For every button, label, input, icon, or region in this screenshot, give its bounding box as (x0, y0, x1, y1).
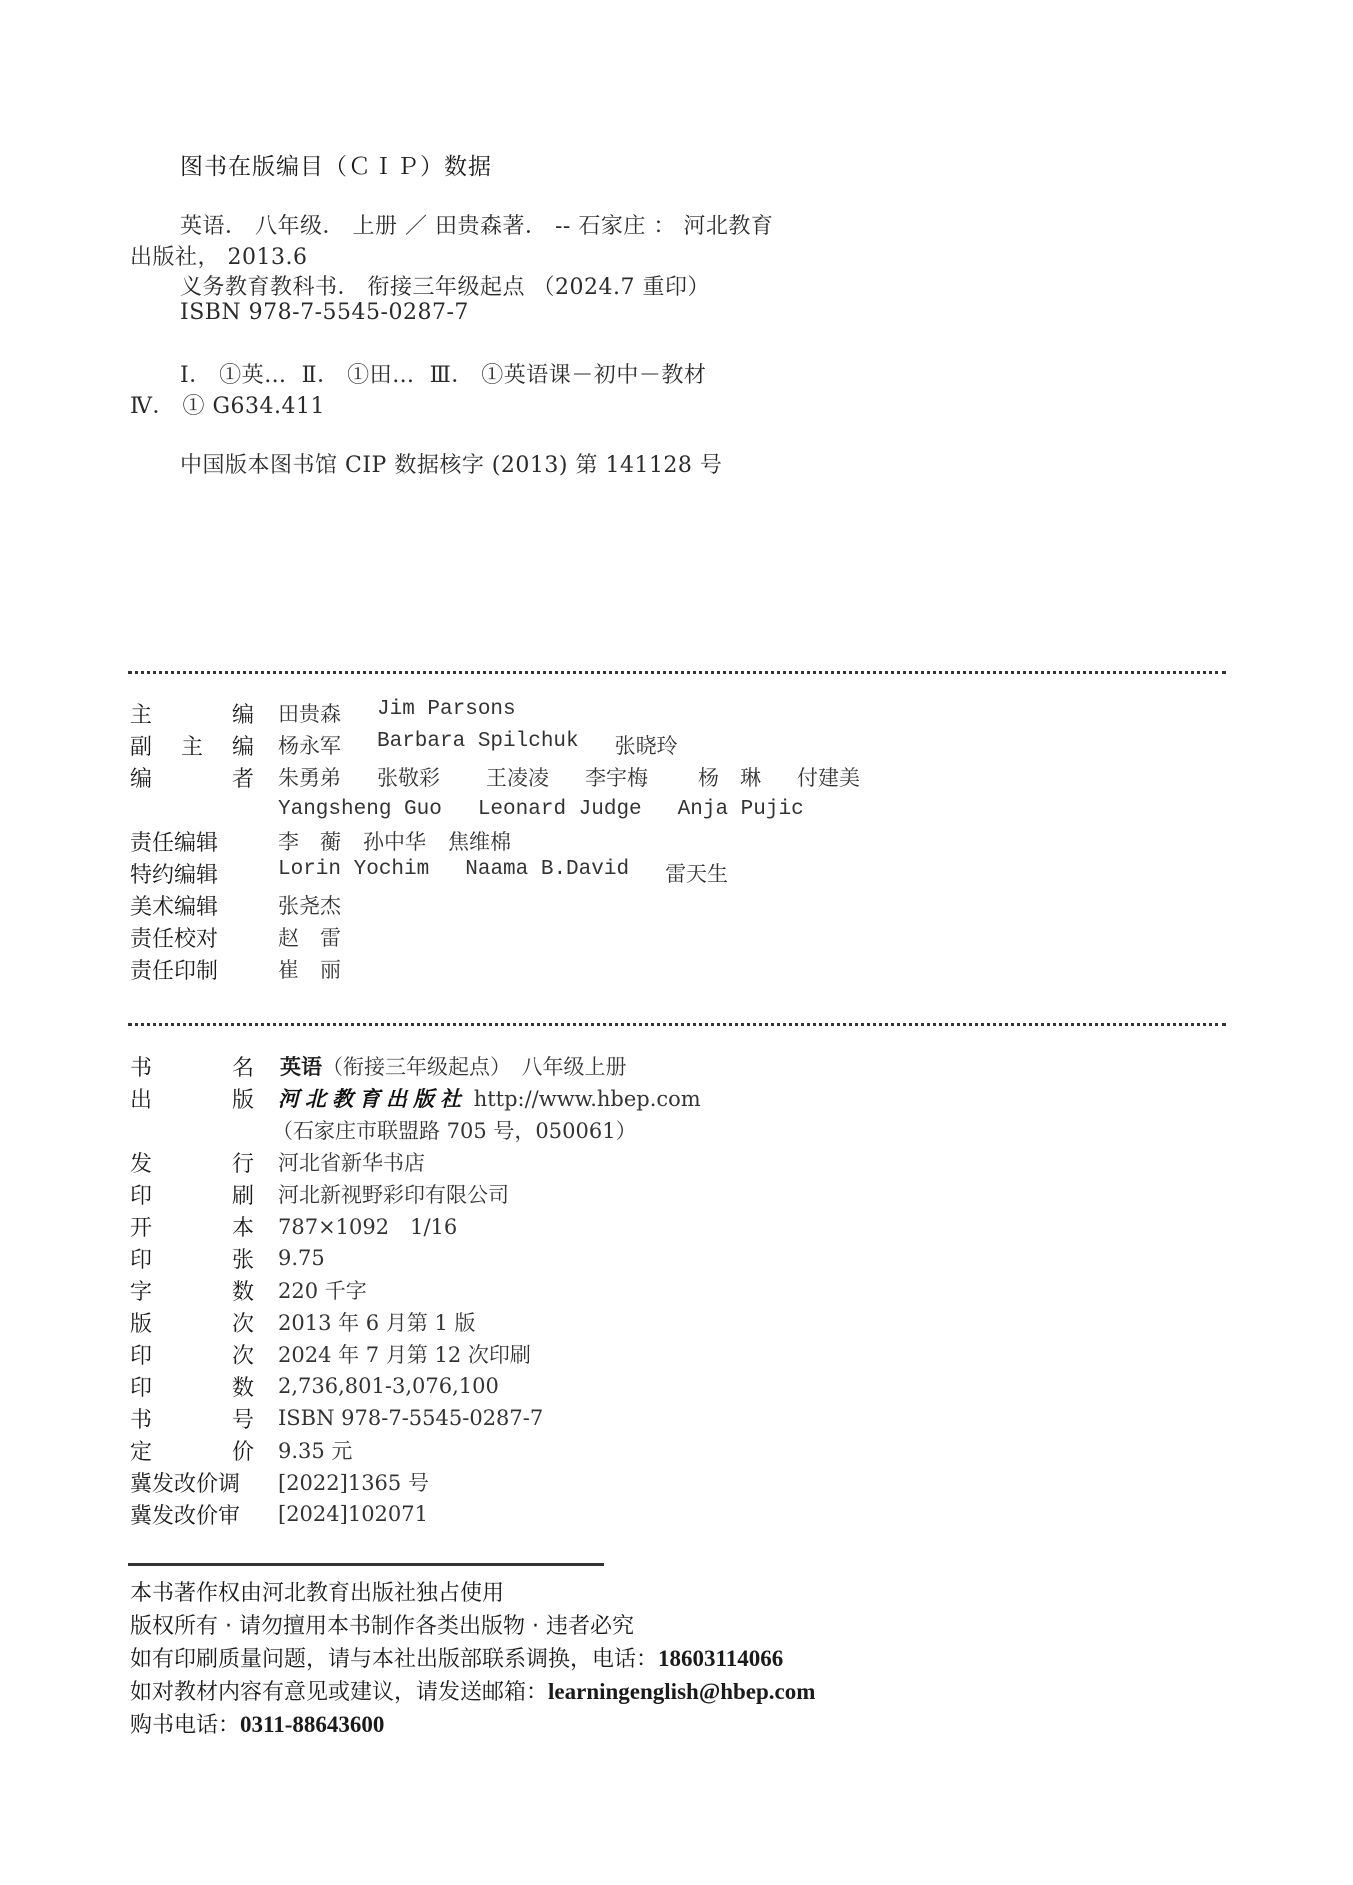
purchase-phone[interactable]: 0311-88643600 (240, 1712, 384, 1737)
info-label: 印 刷 (130, 1179, 278, 1210)
staff-name: 李宇梅 (585, 762, 648, 792)
info-value: 220 千字 (278, 1275, 367, 1305)
feedback-text: 如对教材内容有意见或建议，请发送邮箱： (130, 1680, 548, 1705)
cip-classification-1: Ⅰ． ①英… Ⅱ． ①田… Ⅲ． ①英语课－初中－教材 (180, 358, 706, 389)
publisher-logo-calligraphy: 河北教育出版社 (278, 1086, 467, 1111)
info-label: 冀发改价调 (130, 1467, 278, 1498)
label-char: 版 (232, 1083, 254, 1114)
label-char: 者 (232, 762, 254, 793)
staff-row-contributing-editor: 特约编辑 Lorin Yochim Naama B.David 雷天生 (130, 857, 764, 889)
staff-name: 张尧杰 (278, 890, 341, 920)
book-title: 英语 (280, 1055, 322, 1079)
notice-rights-reserved: 版权所有 · 请勿擅用本书制作各类出版物 · 违者必究 (130, 1609, 634, 1640)
label-char: 开 (130, 1211, 152, 1242)
cip-classification-2: Ⅳ． ① G634.411 (130, 389, 325, 420)
label-char: 书 (130, 1403, 152, 1434)
staff-name: 雷天生 (665, 858, 728, 888)
staff-name: 张晓玲 (615, 730, 678, 760)
label-char: 刷 (232, 1179, 254, 1210)
cip-line-1: 英语． 八年级． 上册 ／ 田贵森著． -- 石家庄 ： 河北教育 (180, 209, 773, 240)
staff-values: Yangsheng Guo Leonard Judge Anja Pujic (278, 798, 840, 821)
staff-values: 田贵森 Jim Parsons (278, 698, 552, 728)
staff-row-authors-cont: Yangsheng Guo Leonard Judge Anja Pujic (130, 793, 840, 825)
label-char: 印 (130, 1371, 152, 1402)
staff-name: 张敬彩 (377, 762, 440, 792)
staff-values: 朱勇弟 张敬彩 王凌凌 李宇梅 杨 琳 付建美 (278, 762, 896, 792)
staff-name: Jim Parsons (377, 698, 516, 728)
staff-name: Anja Pujic (678, 798, 804, 821)
book-subtitle: （衔接三年级起点） 八年级上册 (322, 1055, 627, 1079)
staff-name: 杨永军 (278, 730, 341, 760)
info-value: 9.35 元 (278, 1435, 352, 1465)
cip-title: 图书在版编目（ＣＩＰ）数据 (180, 148, 492, 181)
staff-name: Yangsheng Guo (278, 798, 442, 821)
info-value: ISBN 978-7-5545-0287-7 (278, 1406, 543, 1430)
label-char: 名 (232, 1051, 254, 1082)
staff-row-print-supervisor: 责任印制 崔 丽 (130, 953, 377, 985)
label-char: 编 (130, 762, 152, 793)
info-label: 出 版 (130, 1083, 278, 1114)
info-row-edition: 版 次 2013 年 6 月第 1 版 (130, 1306, 476, 1338)
label-char: 印 (130, 1339, 152, 1370)
staff-name: Naama B.David (465, 858, 629, 888)
info-row-printer: 印 刷 河北新视野彩印有限公司 (130, 1178, 509, 1210)
info-row-price: 定 价 9.35 元 (130, 1434, 352, 1466)
staff-label: 主 编 (130, 698, 278, 729)
staff-label: 责任校对 (130, 922, 278, 953)
publisher-address: （石家庄市联盟路 705 号，050061） (272, 1115, 637, 1145)
staff-values: 赵 雷 (278, 922, 377, 952)
staff-values: 张尧杰 (278, 890, 377, 920)
cip-line-3: 义务教育教科书． 衔接三年级起点 （2024.7 重印） (180, 270, 710, 301)
staff-row-authors: 编 者 朱勇弟 张敬彩 王凌凌 李宇梅 杨 琳 付建美 (130, 761, 896, 793)
info-label: 书 名 (130, 1051, 278, 1082)
info-row-price-review: 冀发改价审 [2024]102071 (130, 1498, 428, 1530)
info-value: 787×1092 1/16 (278, 1211, 457, 1241)
label-char: 次 (232, 1307, 254, 1338)
staff-label: 特约编辑 (130, 858, 278, 889)
staff-values: 李 蘅 孙中华 焦维棉 (278, 826, 547, 856)
info-value: 2024 年 7 月第 12 次印刷 (278, 1339, 531, 1369)
staff-label: 责任印制 (130, 954, 278, 985)
info-row-printing: 印 次 2024 年 7 月第 12 次印刷 (130, 1338, 531, 1370)
label-char: 版 (130, 1307, 152, 1338)
staff-label: 编 者 (130, 762, 278, 793)
staff-name: 朱勇弟 (278, 762, 341, 792)
staff-row-responsible-editor: 责任编辑 李 蘅 孙中华 焦维棉 (130, 825, 547, 857)
staff-label: 责任编辑 (130, 826, 278, 857)
notice-feedback: 如对教材内容有意见或建议，请发送邮箱：learningenglish@hbep.… (130, 1675, 815, 1706)
purchase-text: 购书电话： (130, 1713, 240, 1738)
staff-name: 王凌凌 (486, 762, 549, 792)
staff-name: Lorin Yochim (278, 858, 429, 888)
label-char: 印 (130, 1179, 152, 1210)
staff-row-chief-editor: 主 编 田贵森 Jim Parsons (130, 697, 552, 729)
label-char: 副 (130, 730, 152, 761)
staff-values: 崔 丽 (278, 954, 377, 984)
label-char: 主 (181, 730, 203, 761)
staff-name: 杨 琳 (698, 762, 761, 792)
staff-label: 副 主 编 (130, 730, 278, 761)
label-char: 定 (130, 1435, 152, 1466)
staff-name: 孙中华 (363, 826, 426, 856)
label-char: 号 (232, 1403, 254, 1434)
quality-text: 如有印刷质量问题，请与本社出版部联系调换，电话： (130, 1647, 658, 1672)
label-char: 出 (130, 1083, 152, 1114)
staff-name: Leonard Judge (478, 798, 642, 821)
staff-label: 美术编辑 (130, 890, 278, 921)
cip-isbn: ISBN 978-7-5545-0287-7 (180, 300, 469, 325)
info-row-word-count: 字 数 220 千字 (130, 1274, 367, 1306)
info-label: 印 次 (130, 1339, 278, 1370)
info-value: 河北新视野彩印有限公司 (278, 1179, 509, 1209)
info-row-print-run: 印 数 2,736,801-3,076,100 (130, 1370, 499, 1402)
info-label: 印 张 (130, 1243, 278, 1274)
info-label: 字 数 (130, 1275, 278, 1306)
label-char: 张 (232, 1243, 254, 1274)
staff-name: 焦维棉 (448, 826, 511, 856)
info-row-publisher: 出 版 河北教育出版社 http://www.hbep.com (130, 1082, 701, 1114)
info-row-publisher-address: （石家庄市联盟路 705 号，050061） (272, 1114, 637, 1146)
label-char: 编 (232, 730, 254, 761)
dotted-divider-2 (128, 1023, 1226, 1026)
info-row-format: 开 本 787×1092 1/16 (130, 1210, 457, 1242)
label-char: 编 (232, 698, 254, 729)
info-label: 定 价 (130, 1435, 278, 1466)
label-char: 数 (232, 1275, 254, 1306)
info-value: [2024]102071 (278, 1502, 428, 1526)
staff-row-deputy-editor: 副 主 编 杨永军 Barbara Spilchuk 张晓玲 (130, 729, 714, 761)
label-char: 次 (232, 1339, 254, 1370)
solid-divider (128, 1563, 604, 1566)
dotted-divider-1 (128, 671, 1226, 674)
label-char: 发 (130, 1147, 152, 1178)
info-label: 书 号 (130, 1403, 278, 1434)
notice-quality: 如有印刷质量问题，请与本社出版部联系调换，电话：18603114066 (130, 1642, 783, 1673)
staff-name: 赵 雷 (278, 922, 341, 952)
info-value: 2,736,801-3,076,100 (278, 1374, 499, 1398)
info-row-book-name: 书 名 英语（衔接三年级起点） 八年级上册 (130, 1050, 627, 1082)
label-char: 主 (130, 698, 152, 729)
cip-approval-number: 中国版本图书馆 CIP 数据核字 (2013) 第 141128 号 (180, 448, 722, 479)
staff-name: 田贵森 (278, 698, 341, 728)
info-row-sheets: 印 张 9.75 (130, 1242, 325, 1274)
label-char: 本 (232, 1211, 254, 1242)
info-row-price-adjustment: 冀发改价调 [2022]1365 号 (130, 1466, 429, 1498)
label-char: 数 (232, 1371, 254, 1402)
info-row-distributor: 发 行 河北省新华书店 (130, 1146, 425, 1178)
feedback-email[interactable]: learningenglish@hbep.com (548, 1679, 815, 1704)
info-label: 开 本 (130, 1211, 278, 1242)
label-char: 字 (130, 1275, 152, 1306)
info-label: 发 行 (130, 1147, 278, 1178)
label-char: 书 (130, 1051, 152, 1082)
notice-purchase: 购书电话：0311-88643600 (130, 1708, 384, 1739)
info-label: 版 次 (130, 1307, 278, 1338)
info-value: 河北省新华书店 (278, 1147, 425, 1177)
info-value: 9.75 (278, 1246, 325, 1270)
staff-name: 付建美 (797, 762, 860, 792)
staff-values: Lorin Yochim Naama B.David 雷天生 (278, 858, 764, 888)
notice-copyright: 本书著作权由河北教育出版社独占使用 (130, 1576, 504, 1607)
staff-name: 李 蘅 (278, 826, 341, 856)
info-row-isbn: 书 号 ISBN 978-7-5545-0287-7 (130, 1402, 543, 1434)
staff-values: 杨永军 Barbara Spilchuk 张晓玲 (278, 730, 714, 760)
staff-name: Barbara Spilchuk (377, 730, 579, 760)
info-value: 2013 年 6 月第 1 版 (278, 1307, 476, 1337)
info-label: 冀发改价审 (130, 1499, 278, 1530)
info-value: [2022]1365 号 (278, 1467, 429, 1497)
staff-name: 崔 丽 (278, 954, 341, 984)
staff-row-proofreader: 责任校对 赵 雷 (130, 921, 377, 953)
info-value: 河北教育出版社 http://www.hbep.com (278, 1083, 701, 1113)
cip-line-2: 出版社， 2013.6 (130, 240, 307, 271)
label-char: 价 (232, 1435, 254, 1466)
quality-phone[interactable]: 18603114066 (658, 1646, 783, 1671)
info-label: 印 数 (130, 1371, 278, 1402)
publisher-url[interactable]: http://www.hbep.com (474, 1087, 701, 1111)
label-char: 行 (232, 1147, 254, 1178)
staff-row-art-editor: 美术编辑 张尧杰 (130, 889, 377, 921)
info-value: 英语（衔接三年级起点） 八年级上册 (280, 1051, 627, 1081)
label-char: 印 (130, 1243, 152, 1274)
